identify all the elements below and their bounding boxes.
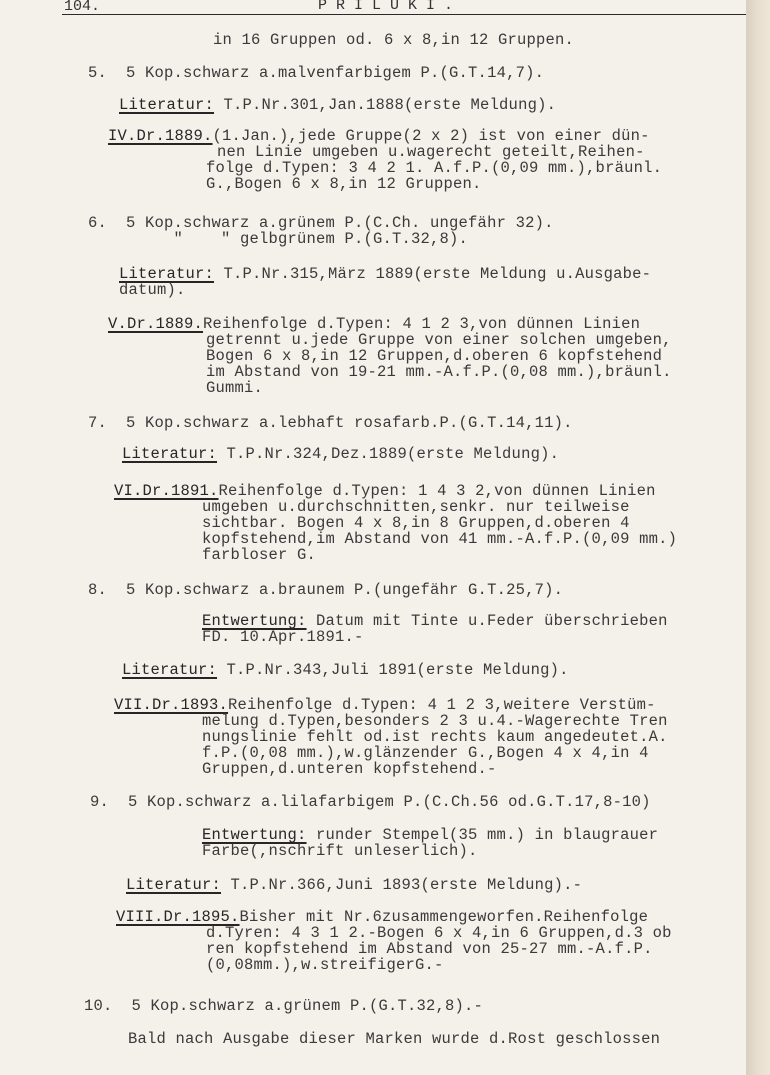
printing-vi-line-4: kopfstehend,im Abstand von 41 mm.-A.f.P.… (202, 532, 677, 547)
printing-v-line-2: getrennt u.jede Gruppe von einer solchen… (206, 333, 672, 348)
printing-v-line-1: V.Dr.1889.Reihenfolge d.Typen: 4 1 2 3,v… (108, 317, 640, 332)
literatur-entry: Literatur: T.P.Nr.366,Juni 1893(erste Me… (126, 878, 582, 893)
literatur-text: T.P.Nr.301,Jan.1888(erste Meldung). (214, 96, 556, 114)
item-9-heading: 9. 5 Kop.schwarz a.lilafarbigem P.(C.Ch.… (90, 795, 651, 810)
printing-vii-line-3: nungslinie fehlt od.ist rechts kaum ange… (202, 730, 668, 745)
literatur-label: Literatur: (119, 96, 214, 114)
item-6-heading: 6. 5 Kop.schwarz a.grünem P.(C.Ch. ungef… (88, 216, 554, 231)
item-10-heading: 10. 5 Kop.schwarz a.grünem P.(G.T.32,8).… (84, 999, 483, 1014)
printing-iv-line-2: nen Linie umgeben u.wagerecht geteilt,Re… (217, 145, 645, 160)
literatur-text: T.P.Nr.343,Juli 1891(erste Meldung). (217, 661, 569, 679)
closing-paragraph: Bald nach Ausgabe dieser Marken wurde d.… (128, 1032, 660, 1047)
literatur-continuation: datum). (119, 283, 186, 298)
item-6-heading-2: " " gelbgrünem P.(G.T.32,8). (88, 232, 468, 247)
printing-v-line-4: im Abstand von 19-21 mm.-A.f.P.(0,08 mm.… (206, 365, 672, 380)
literatur-text: T.P.Nr.324,Dez.1889(erste Meldung). (217, 445, 559, 463)
item-5-heading: 5. 5 Kop.schwarz a.malvenfarbigem P.(G.T… (88, 66, 544, 81)
literatur-label: Literatur: (122, 445, 217, 463)
header-rule (62, 14, 752, 15)
literatur-entry: Literatur: T.P.Nr.343,Juli 1891(erste Me… (122, 663, 569, 678)
printing-iv-line-4: G.,Bogen 6 x 8,in 12 Gruppen. (206, 177, 482, 192)
document-page: 104. PRILUKI. in 16 Gruppen od. 6 x 8,in… (0, 0, 746, 1075)
printing-vii-line-2: melung d.Typen,besonders 2 3 u.4.-Wagere… (202, 714, 668, 729)
printing-label: V.Dr.1889. (108, 315, 203, 333)
printing-vi-line-2: umgeben u.durchschnitten,senkr. nur teil… (202, 500, 630, 515)
entwertung-continuation: Farbe(,nschrift unleserlich). (202, 844, 478, 859)
continuation-line: in 16 Gruppen od. 6 x 8,in 12 Gruppen. (213, 33, 574, 48)
literatur-entry: Literatur: T.P.Nr.301,Jan.1888(erste Mel… (119, 98, 556, 113)
entwertung-entry: Entwertung: runder Stempel(35 mm.) in bl… (202, 828, 658, 843)
printing-vii-line-5: Gruppen,d.unteren kopfstehend.- (202, 762, 497, 777)
page-binding-edge (746, 0, 770, 1075)
page-number: 104. (64, 0, 100, 15)
printing-label: IV.Dr.1889. (108, 127, 213, 145)
printing-vi-line-5: farbloser G. (202, 548, 316, 563)
printing-iv-line-3: folge d.Typen: 3 4 2 1. A.f.P.(0,09 mm.)… (206, 161, 662, 176)
literatur-label: Literatur: (126, 876, 221, 894)
printing-viii-line-3: ren kopfstehend im Abstand von 25-27 mm.… (206, 942, 653, 957)
entwertung-entry: Entwertung: Datum mit Tinte u.Feder über… (202, 614, 668, 629)
literatur-label: Literatur: (122, 661, 217, 679)
page-title: PRILUKI. (318, 0, 462, 14)
printing-vi-line-3: sichtbar. Bogen 4 x 8,in 8 Gruppen,d.obe… (202, 516, 630, 531)
printing-viii-line-1: VIII.Dr.1895.Bisher mit Nr.6zusammengewo… (116, 910, 648, 925)
printing-vii-line-4: f.P.(0,08 mm.),w.glänzender G.,Bogen 4 x… (202, 746, 649, 761)
literatur-text: T.P.Nr.366,Juni 1893(erste Meldung).- (221, 876, 582, 894)
printing-vi-line-1: VI.Dr.1891.Reihenfolge d.Typen: 1 4 3 2,… (114, 484, 656, 499)
printing-viii-line-4: (0,08mm.),w.streifigerG.- (206, 958, 444, 973)
printing-vii-line-1: VII.Dr.1893.Reihenfolge d.Typen: 4 1 2 3… (114, 698, 656, 713)
printing-viii-line-2: d.Tyren: 4 3 1 2.-Bogen 6 x 4,in 6 Grupp… (206, 926, 672, 941)
printing-v-line-5: Gummi. (206, 381, 263, 396)
literatur-entry: Literatur: T.P.Nr.315,März 1889(erste Me… (119, 267, 651, 282)
item-8-heading: 8. 5 Kop.schwarz a.braunem P.(ungefähr G… (88, 583, 563, 598)
printing-iv-line-1: IV.Dr.1889.(1.Jan.),jede Gruppe(2 x 2) i… (108, 129, 650, 144)
literatur-text: T.P.Nr.315,März 1889(erste Meldung u.Aus… (214, 265, 651, 283)
entwertung-continuation: FD. 10.Apr.1891.- (202, 630, 364, 645)
printing-v-line-3: Bogen 6 x 8,in 12 Gruppen,d.oberen 6 kop… (206, 349, 662, 364)
literatur-entry: Literatur: T.P.Nr.324,Dez.1889(erste Mel… (122, 447, 559, 462)
item-7-heading: 7. 5 Kop.schwarz a.lebhaft rosafarb.P.(G… (88, 416, 573, 431)
